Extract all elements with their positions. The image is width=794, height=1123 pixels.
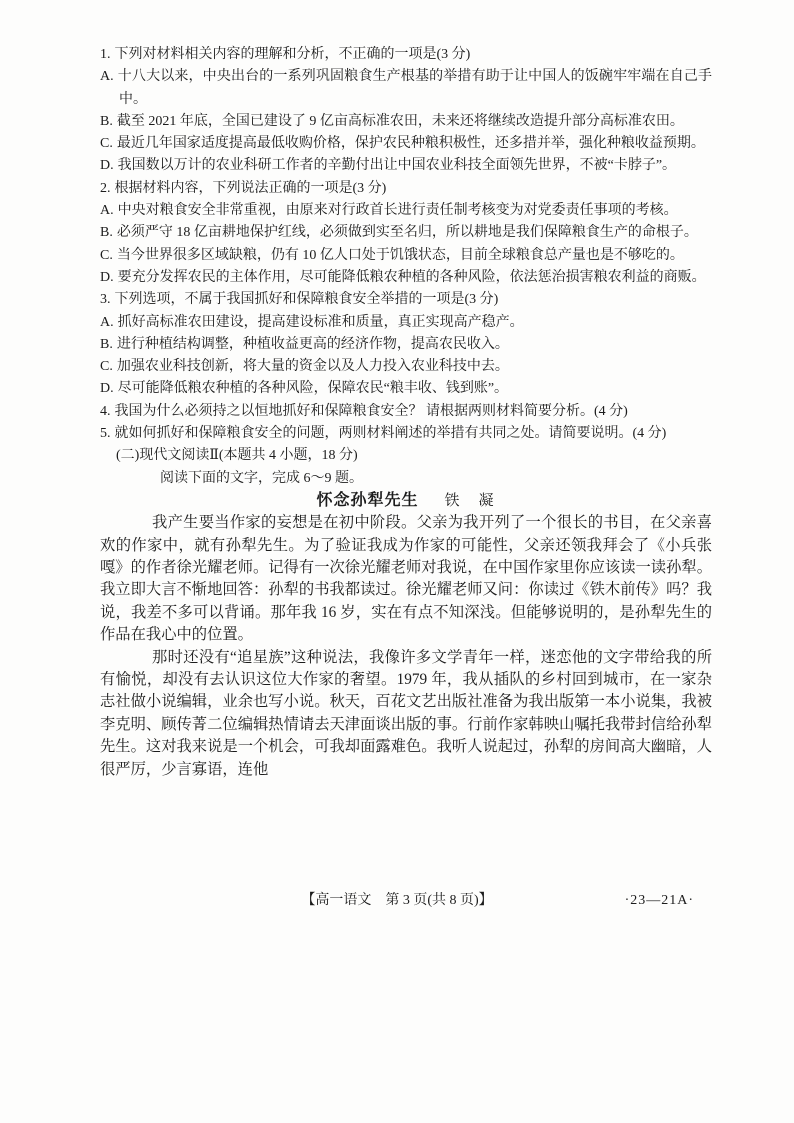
question-1-option-d: D.我国数以万计的农业科研工作者的辛勤付出让中国农业科技全面领先世界，不被“卡脖… xyxy=(100,155,712,177)
option-label: A. xyxy=(100,315,114,330)
option-text: 十八大以来，中央出台的一系列巩固粮食生产根基的举措有助于让中国人的饭碗牢牢端在自… xyxy=(118,69,712,106)
option-text: 必须严守 18 亿亩耕地保护红线，必须做到实至名归，所以耕地是我们保障粮食生产的… xyxy=(117,225,698,240)
exam-page: 1.下列对材料相关内容的理解和分析，不正确的一项是(3 分) A.十八大以来，中… xyxy=(0,0,794,1123)
question-4: 4.我国为什么必须持之以恒地抓好和保障粮食安全？ 请根据两则材料简要分析。(4 … xyxy=(100,401,712,423)
question-3-option-b: B.进行种植结构调整，种植收益更高的经济作物，提高农民收入。 xyxy=(100,334,712,356)
question-4-stem-text: 我国为什么必须持之以恒地抓好和保障粮食安全？ 请根据两则材料简要分析。(4 分) xyxy=(115,404,628,419)
footer-paper-code: ·23—21A· xyxy=(625,891,694,911)
question-block: 1.下列对材料相关内容的理解和分析，不正确的一项是(3 分) A.十八大以来，中… xyxy=(100,44,712,445)
page-footer: 【高一语文 第 3 页(共 8 页)】 ·23—21A· xyxy=(0,891,794,911)
option-text: 抓好高标准农田建设，提高建设标准和质量，真正实现高产稳产。 xyxy=(118,315,524,330)
essay-paragraph-1: 我产生要当作家的妄想是在初中阶段。父亲为我开列了一个很长的书目，在父亲喜欢的作家… xyxy=(100,512,712,646)
question-2-option-c: C.当今世界很多区域缺粮，仍有 10 亿人口处于饥饿状态，目前全球粮食总产量也是… xyxy=(100,245,712,267)
question-2-option-d: D.要充分发挥农民的主体作用，尽可能降低粮农种植的各种风险，依法惩治损害粮农利益… xyxy=(100,267,712,289)
question-3-option-a: A.抓好高标准农田建设，提高建设标准和质量，真正实现高产稳产。 xyxy=(100,312,712,334)
option-label: B. xyxy=(100,337,113,352)
option-label: C. xyxy=(100,136,113,151)
question-5-stem-text: 就如何抓好和保障粮食安全的问题，两则材料阐述的举措有共同之处。请简要说明。(4 … xyxy=(115,426,667,441)
option-label: D. xyxy=(100,270,114,285)
question-3-stem-text: 下列选项，不属于我国抓好和保障粮食安全举措的一项是(3 分) xyxy=(115,292,499,307)
question-1-number: 1. xyxy=(100,47,111,62)
question-3-option-c: C.加强农业科技创新，将大量的资金以及人力投入农业科技中去。 xyxy=(100,356,712,378)
question-1-option-b: B.截至 2021 年底，全国已建设了 9 亿亩高标准农田，未来还将继续改造提升… xyxy=(100,111,712,133)
question-2-number: 2. xyxy=(100,181,111,196)
question-1-stem: 1.下列对材料相关内容的理解和分析，不正确的一项是(3 分) xyxy=(100,44,712,66)
option-label: D. xyxy=(100,381,114,396)
question-2-option-a: A.中央对粮食安全非常重视，由原来对行政首长进行责任制考核变为对党委责任事项的考… xyxy=(100,200,712,222)
question-2-option-b: B.必须严守 18 亿亩耕地保护红线，必须做到实至名归，所以耕地是我们保障粮食生… xyxy=(100,222,712,244)
question-3: 3.下列选项，不属于我国抓好和保障粮食安全举措的一项是(3 分) A.抓好高标准… xyxy=(100,289,712,400)
option-label: C. xyxy=(100,248,113,263)
option-label: C. xyxy=(100,359,113,374)
option-label: B. xyxy=(100,114,113,129)
option-text: 中央对粮食安全非常重视，由原来对行政首长进行责任制考核变为对党委责任事项的考核。 xyxy=(118,203,678,218)
question-3-option-d: D.尽可能降低粮农种植的各种风险，保障农民“粮丰收、钱到账”。 xyxy=(100,378,712,400)
option-label: B. xyxy=(100,225,113,240)
question-3-stem: 3.下列选项，不属于我国抓好和保障粮食安全举措的一项是(3 分) xyxy=(100,289,712,311)
option-text: 我国数以万计的农业科研工作者的辛勤付出让中国农业科技全面领先世界，不被“卡脖子”… xyxy=(118,158,676,173)
question-4-number: 4. xyxy=(100,404,111,419)
question-1-option-a: A.十八大以来，中央出台的一系列巩固粮食生产根基的举措有助于让中国人的饭碗牢牢端… xyxy=(100,66,712,111)
essay-title-line: 怀念孙犁先生铁 凝 xyxy=(100,490,712,512)
essay-title: 怀念孙犁先生 xyxy=(316,492,418,509)
option-text: 截至 2021 年底，全国已建设了 9 亿亩高标准农田，未来还将继续改造提升部分… xyxy=(117,114,684,129)
option-label: A. xyxy=(100,69,114,84)
question-2-stem: 2.根据材料内容，下列说法正确的一项是(3 分) xyxy=(100,178,712,200)
essay-author: 铁 凝 xyxy=(445,493,496,509)
option-text: 最近几年国家适度提高最低收购价格，保护农民种粮积极性，还多措并举，强化种粮收益预… xyxy=(117,136,705,151)
option-text: 要充分发挥农民的主体作用，尽可能降低粮农种植的各种风险，依法惩治损害粮农利益的商… xyxy=(118,270,706,285)
question-2-stem-text: 根据材料内容，下列说法正确的一项是(3 分) xyxy=(115,181,387,196)
section-2-instruction: 阅读下面的文字，完成 6～9 题。 xyxy=(160,468,712,490)
option-text: 进行种植结构调整，种植收益更高的经济作物，提高农民收入。 xyxy=(117,337,509,352)
question-4-stem: 4.我国为什么必须持之以恒地抓好和保障粮食安全？ 请根据两则材料简要分析。(4 … xyxy=(100,401,712,423)
section-2-modern-reading: (二)现代文阅读Ⅱ(本题共 4 小题，18 分) 阅读下面的文字，完成 6～9 … xyxy=(100,445,712,781)
option-label: A. xyxy=(100,203,114,218)
question-5-number: 5. xyxy=(100,426,111,441)
question-1: 1.下列对材料相关内容的理解和分析，不正确的一项是(3 分) A.十八大以来，中… xyxy=(100,44,712,178)
option-label: D. xyxy=(100,158,114,173)
question-1-stem-text: 下列对材料相关内容的理解和分析，不正确的一项是(3 分) xyxy=(115,47,471,62)
question-5: 5.就如何抓好和保障粮食安全的问题，两则材料阐述的举措有共同之处。请简要说明。(… xyxy=(100,423,712,445)
footer-page-info: 【高一语文 第 3 页(共 8 页)】 xyxy=(301,893,492,908)
question-5-stem: 5.就如何抓好和保障粮食安全的问题，两则材料阐述的举措有共同之处。请简要说明。(… xyxy=(100,423,712,445)
question-2: 2.根据材料内容，下列说法正确的一项是(3 分) A.中央对粮食安全非常重视，由… xyxy=(100,178,712,289)
option-text: 加强农业科技创新，将大量的资金以及人力投入农业科技中去。 xyxy=(117,359,509,374)
question-1-option-c: C.最近几年国家适度提高最低收购价格，保护农民种粮积极性，还多措并举，强化种粮收… xyxy=(100,133,712,155)
option-text: 当今世界很多区域缺粮，仍有 10 亿人口处于饥饿状态，目前全球粮食总产量也是不够… xyxy=(117,248,684,263)
essay-paragraph-2: 那时还没有“追星族”这种说法，我像许多文学青年一样，迷恋他的文字带给我的所有愉悦… xyxy=(100,647,712,781)
option-text: 尽可能降低粮农种植的各种风险，保障农民“粮丰收、钱到账”。 xyxy=(118,381,508,396)
question-3-number: 3. xyxy=(100,292,111,307)
section-2-heading: (二)现代文阅读Ⅱ(本题共 4 小题，18 分) xyxy=(116,445,712,467)
